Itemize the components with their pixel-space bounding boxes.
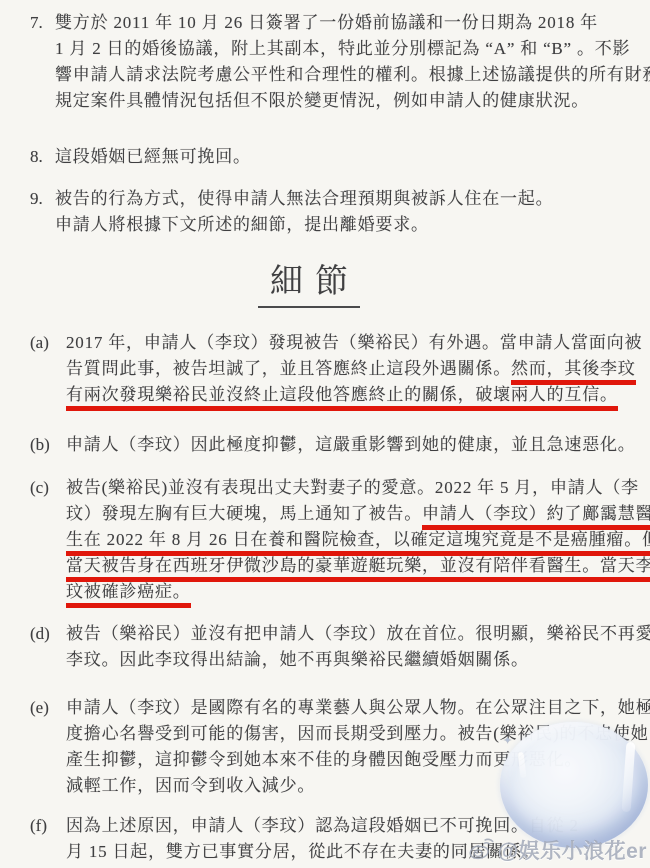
- text-segment: 減輕工作，因而令到收入減少。: [66, 776, 315, 795]
- text-segment: 因為上述原因，申請人（李玟）認為這段婚姻已不可挽回。自從 2: [66, 816, 579, 835]
- details-title-row: 細節: [0, 262, 634, 308]
- scanned-legal-document-page: 7.雙方於 2011 年 10 月 26 日簽署了一份婚前協議和一份日期為 20…: [0, 0, 650, 868]
- text-line: 這段婚姻已經無可挽回。: [55, 144, 642, 170]
- text-segment: 申請人（李玟）是國際有名的專業藝人與公眾人物。在公眾注目之下，她極: [66, 698, 650, 717]
- paragraph-marker: 8.: [30, 144, 55, 170]
- paragraph-p9: 9.被告的行為方式，使得申請人無法合理預期與被訴人住在一起。申請人將根據下文所述…: [0, 186, 650, 238]
- text-segment: 這段婚姻已經無可挽回。: [55, 147, 251, 166]
- paragraph-text: 2017 年，申請人（李玟）發現被告（樂裕民）有外遇。當申請人當面向被告質問此事…: [66, 330, 642, 408]
- paragraph-marker: (b): [30, 432, 66, 458]
- sparkle-decoration: ✦: [503, 734, 512, 747]
- red-underlined-text: 玟被確診癌症。: [66, 582, 191, 608]
- text-line: 申請人將根據下文所述的細節，提出離婚要求。: [55, 212, 642, 238]
- bubble-highlight: [517, 752, 526, 779]
- text-segment: 申請人（李玟）因此極度抑鬱，這嚴重影響到她的健康，並且急速惡化。: [66, 435, 636, 454]
- bubble-highlight: [622, 742, 636, 812]
- paragraph-d: (d)被告（樂裕民）並沒有把申請人（李玟）放在首位。很明顯，樂裕民不再愛李玟。因…: [0, 621, 650, 673]
- red-underlined-text: 有兩次發現樂裕民並沒終止這段他答應終止的關係，破壞兩人的互信。: [66, 385, 618, 411]
- text-line: 當天被告身在西班牙伊微沙島的豪華遊艇玩樂，並沒有陪伴看醫生。當天李: [66, 553, 642, 579]
- text-segment: 玟）發現左胸有巨大硬塊，馬上通知了被告。: [66, 504, 422, 523]
- paragraph-p7: 7.雙方於 2011 年 10 月 26 日簽署了一份婚前協議和一份日期為 20…: [0, 10, 650, 114]
- weibo-icon: [465, 837, 495, 864]
- text-line: 李玟。因此李玟得出結論，她不再與樂裕民繼續婚姻關係。: [66, 647, 642, 673]
- text-line: 被告(樂裕民)並沒有表現出丈夫對妻子的愛意。2022 年 5 月，申請人（李: [66, 475, 642, 501]
- watermark: @娱乐小浪花er: [467, 835, 647, 865]
- paragraph-text: 被告的行為方式，使得申請人無法合理預期與被訴人住在一起。申請人將根據下文所述的細…: [55, 186, 642, 238]
- paragraph-marker: (e): [30, 695, 66, 799]
- text-line: 申請人（李玟）是國際有名的專業藝人與公眾人物。在公眾注目之下，她極: [66, 695, 642, 721]
- paragraph-text: 這段婚姻已經無可挽回。: [55, 144, 642, 170]
- text-line: 1 月 2 日的婚後協議，附上其副本，特此並分別標記為 “A” 和 “B” 。不…: [55, 36, 642, 62]
- text-segment: 被告（樂裕民）並沒有把申請人（李玟）放在首位。很明顯，樂裕民不再愛: [66, 624, 650, 643]
- paragraph-b: (b)申請人（李玟）因此極度抑鬱，這嚴重影響到她的健康，並且急速惡化。: [0, 432, 650, 458]
- text-segment: 被告(樂裕民)並沒有表現出丈夫對妻子的愛意。2022 年 5 月，申請人（李: [66, 478, 639, 497]
- text-line: 玟）發現左胸有巨大硬塊，馬上通知了被告。申請人（李玟）約了鄺靄慧醫: [66, 501, 642, 527]
- paragraph-marker: (a): [30, 330, 66, 408]
- text-line: 有兩次發現樂裕民並沒終止這段他答應終止的關係，破壞兩人的互信。: [66, 382, 642, 408]
- text-segment: 雙方於 2011 年 10 月 26 日簽署了一份婚前協議和一份日期為 2018…: [55, 13, 598, 32]
- paragraph-text: 被告（樂裕民）並沒有把申請人（李玟）放在首位。很明顯，樂裕民不再愛李玟。因此李玟…: [66, 621, 642, 673]
- bubble-watermark-sticker: [500, 722, 648, 848]
- paragraph-text: 雙方於 2011 年 10 月 26 日簽署了一份婚前協議和一份日期為 2018…: [55, 10, 642, 114]
- paragraph-marker: 7.: [30, 10, 55, 114]
- paragraph-text: 被告(樂裕民)並沒有表現出丈夫對妻子的愛意。2022 年 5 月，申請人（李玟）…: [66, 475, 642, 605]
- text-segment: 1 月 2 日的婚後協議，附上其副本，特此並分別標記為 “A” 和 “B” 。不…: [55, 39, 630, 58]
- text-line: 被告的行為方式，使得申請人無法合理預期與被訴人住在一起。: [55, 186, 642, 212]
- text-segment: 被告的行為方式，使得申請人無法合理預期與被訴人住在一起。: [55, 189, 553, 208]
- text-segment: 告質問此事，被告坦誠了，並且答應終止這段外遇關係。: [66, 359, 511, 378]
- intro-paragraphs: 7.雙方於 2011 年 10 月 26 日簽署了一份婚前協議和一份日期為 20…: [0, 10, 650, 238]
- text-segment: 響申請人請求法院考慮公平性和合理性的權利。根據上述協議提供的所有財務: [55, 65, 650, 84]
- text-line: 申請人（李玟）因此極度抑鬱，這嚴重影響到她的健康，並且急速惡化。: [66, 432, 642, 458]
- text-segment: 李玟。因此李玟得出結論，她不再與樂裕民繼續婚姻關係。: [66, 650, 529, 669]
- text-line: 玟被確診癌症。: [66, 579, 642, 605]
- text-line: 告質問此事，被告坦誠了，並且答應終止這段外遇關係。然而，其後李玟: [66, 356, 642, 382]
- watermark-handle: @娱乐小浪花er: [498, 835, 647, 865]
- text-segment: 規定案件具體情況包括但不限於變更情況，例如申請人的健康狀況。: [55, 91, 589, 110]
- paragraph-text: 申請人（李玟）因此極度抑鬱，這嚴重影響到她的健康，並且急速惡化。: [66, 432, 642, 458]
- paragraph-c: (c)被告(樂裕民)並沒有表現出丈夫對妻子的愛意。2022 年 5 月，申請人（…: [0, 475, 650, 605]
- text-line: 被告（樂裕民）並沒有把申請人（李玟）放在首位。很明顯，樂裕民不再愛: [66, 621, 642, 647]
- text-line: 雙方於 2011 年 10 月 26 日簽署了一份婚前協議和一份日期為 2018…: [55, 10, 642, 36]
- paragraph-marker: (f): [30, 813, 66, 865]
- text-line: 生在 2022 年 8 月 26 日在養和醫院檢查，以確定這塊究竟是不是癌腫瘤。…: [66, 527, 642, 553]
- text-line: 規定案件具體情況包括但不限於變更情況，例如申請人的健康狀況。: [55, 88, 642, 114]
- text-segment: 申請人將根據下文所述的細節，提出離婚要求。: [55, 215, 429, 234]
- text-line: 響申請人請求法院考慮公平性和合理性的權利。根據上述協議提供的所有財務: [55, 62, 642, 88]
- paragraph-p8: 8.這段婚姻已經無可挽回。: [0, 144, 650, 170]
- paragraph-marker: 9.: [30, 186, 55, 238]
- paragraph-marker: (c): [30, 475, 66, 605]
- paragraph-marker: (d): [30, 621, 66, 673]
- text-segment: 2017 年，申請人（李玟）發現被告（樂裕民）有外遇。當申請人當面向被: [66, 333, 642, 352]
- details-section-title: 細節: [258, 262, 360, 308]
- paragraph-a: (a)2017 年，申請人（李玟）發現被告（樂裕民）有外遇。當申請人當面向被告質…: [0, 330, 650, 408]
- text-line: 2017 年，申請人（李玟）發現被告（樂裕民）有外遇。當申請人當面向被: [66, 330, 642, 356]
